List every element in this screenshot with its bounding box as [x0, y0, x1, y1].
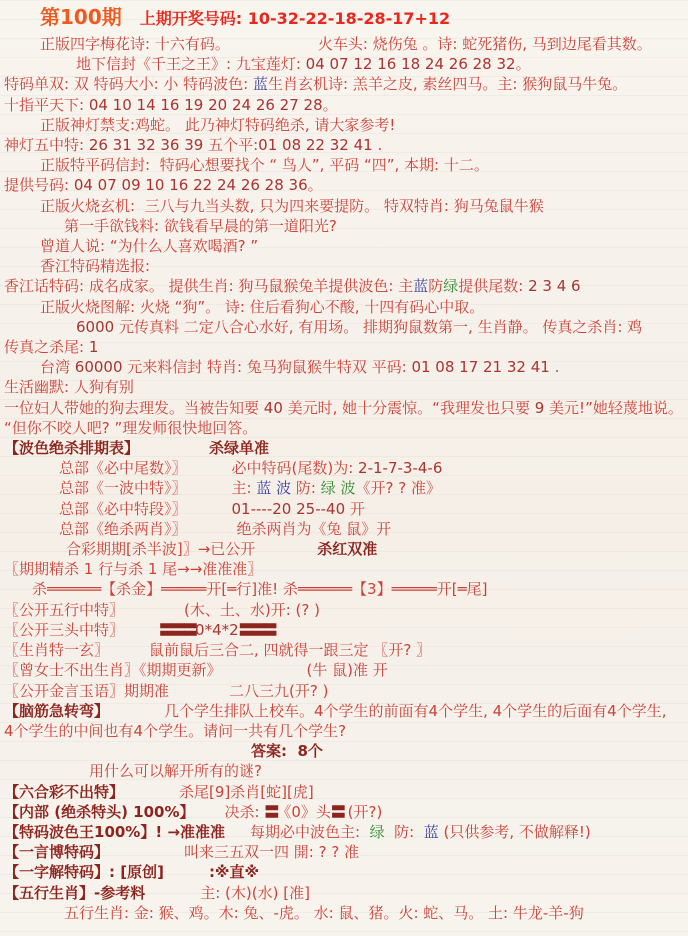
text-line-13: 香江特码精选报: — [4, 256, 684, 276]
text-segment: 总部《必中尾数》〗 — [59, 459, 187, 477]
text-line-35: 【脑筋急转弯】几个学生排队上校车。4个学生的前面有4个学生, 4个学生的后面有4… — [4, 701, 684, 721]
text-line-33: 〖曾女士不出生肖〗《期期更新》(牛 鼠)准 开 — [4, 660, 684, 680]
text-line-34: 〖公开金言玉语〗期期准二八三九(开? ) — [4, 681, 684, 701]
text-line-16: 6000 元传真料 二定八合心水好, 有用场。 排期狗鼠数第一, 生肖静。 传真… — [4, 317, 684, 337]
spacer — [109, 654, 149, 655]
text-segment: 几个学生排队上校车。4个学生的前面有4个学生, 4个学生的后面有4个学生, — [164, 702, 666, 720]
text-segment: 曾道人说: “为什么人喜欢喝酒? ” — [40, 237, 258, 255]
text-segment: 香江特码精选报: — [40, 257, 150, 275]
text-segment: 一位妇人带她的狗去理发。当被告知要 — [4, 399, 264, 417]
text-segment: (牛 鼠)准 开 — [307, 661, 388, 679]
text-segment: 。 — [323, 96, 338, 114]
text-segment: 6000 — [76, 318, 114, 336]
text-line-31: 〖公开三头中特〗〓〓〓0*4*2〓〓〓 — [4, 620, 684, 640]
text-segment: 火车头: 烧伤兔 。诗: 蛇死猪伤, 马到边尾看其数。 — [318, 35, 652, 53]
text-segment: 《开? ? 准》 — [356, 479, 441, 497]
spacer — [187, 513, 232, 514]
text-segment: 【五行生肖】-参考料 — [4, 884, 145, 902]
text-segment: 五行生肖: 金: 猴、鸡。木: 兔、-虎。 水: 鼠、猪。火: 蛇、马。 土: … — [64, 904, 584, 922]
text-line-24: 总部《一波中特》〗主: 蓝 波 防: 绿 波《开? ? 准》 — [4, 478, 684, 498]
text-segment: 生活幽默: 人狗有别 — [4, 378, 134, 396]
text-segment: 地下信封《千王之王》: 九宝莲灯: — [76, 55, 306, 73]
text-segment: 美元!”她轻蔑地说。 — [544, 399, 683, 417]
text-line-12: 曾道人说: “为什么人喜欢喝酒? ” — [4, 236, 684, 256]
text-segment: 绝杀两肖为《兔 鼠》开 — [237, 520, 392, 538]
document-body: 第100期上期开奖号码: 10-32-22-18-28-17+12正版四字梅花诗… — [4, 4, 684, 923]
text-segment: 〖生肖特一玄〗 — [4, 641, 109, 659]
text-segment: 2 3 4 6 — [528, 277, 580, 295]
text-segment: 〖公开三头中特〗 — [4, 621, 124, 639]
text-segment: 开 — [350, 500, 365, 518]
text-line-40: 【内部 (绝杀特头) 100%】决杀: 〓《0》头〓 (开?) — [4, 802, 684, 822]
text-line-1: 第100期上期开奖号码: 10-32-22-18-28-17+12 — [4, 4, 684, 32]
text-segment: 杀红双准 — [317, 540, 377, 558]
text-segment: 〓 — [331, 803, 343, 821]
spacer — [164, 876, 209, 877]
text-line-7: 神灯五中特: 26 31 32 36 39 五个平:01 08 22 32 41… — [4, 135, 684, 155]
text-segment: 绿 — [443, 277, 458, 295]
text-segment: 01----20 25--40 — [232, 500, 350, 518]
text-segment: 〓〓〓 — [239, 621, 275, 639]
text-segment: 4个学生的中间也有4个学生。请问一共有几个学生? — [4, 722, 346, 740]
text-segment: 【内部 (绝杀特头) 100%】 — [4, 803, 195, 821]
text-segment: 04 10 14 16 19 20 24 26 27 28 — [89, 96, 323, 114]
text-segment: 鼠前鼠后三合二, 四就得一跟三定 〖开? 〗 — [149, 641, 431, 659]
text-segment: 01 08 22 32 41 — [258, 136, 373, 154]
text-line-39: 【六合彩不出特】杀尾[9]杀肖[蛇][虎] — [4, 782, 684, 802]
text-segment: 神灯五中特: — [4, 136, 89, 154]
text-segment: 蓝 — [413, 277, 428, 295]
text-segment: 每期必中波色主: — [250, 823, 370, 841]
text-segment: 【一字解特码】: [原创] — [4, 863, 164, 881]
text-segment: 〖公开五行中特〗 — [4, 601, 124, 619]
text-segment: 04 07 09 10 16 22 24 26 28 36 — [74, 176, 308, 194]
text-line-38: 用什么可以解开所有的谜? — [4, 761, 684, 781]
text-segment: 9 — [535, 399, 545, 417]
spacer — [122, 23, 140, 24]
text-segment: 提供尾数: — [458, 277, 528, 295]
text-segment: :※直※ — [209, 863, 259, 881]
spacer — [222, 674, 307, 675]
spacer — [139, 452, 209, 453]
text-segment: (开?) — [343, 803, 382, 821]
spacer — [124, 634, 159, 635]
text-segment: 〓〓〓 — [159, 621, 195, 639]
text-segment: 0*4*2 — [195, 621, 239, 639]
text-line-29: 杀══════【杀金】═════开[═行]准! 杀══════【3】═════开… — [4, 579, 684, 599]
text-line-28: 〖期期精杀 1 行与杀 1 尾→→准准准〗 — [4, 559, 684, 579]
text-segment: 传真之杀尾: — [4, 338, 89, 356]
text-segment: 【六合彩不出特】 — [4, 783, 124, 801]
spacer — [225, 836, 250, 837]
text-segment: 蓝 — [424, 823, 439, 841]
text-segment: 【一言博特码】 — [4, 843, 109, 861]
text-segment: 十指平天下: — [4, 96, 89, 114]
text-line-4: 特码单双: 双 特码大小: 小 特码波色: 蓝生肖玄机诗: 羔羊之皮, 素丝四马… — [4, 74, 684, 94]
text-segment: 二八三九(开? ) — [229, 682, 328, 700]
text-segment: 【特码波色王100%】! →准准准 — [4, 823, 225, 841]
text-segment: 元来料信封 特肖: 兔马狗鼠猴牛特双 平码: — [123, 358, 412, 376]
text-segment: “但你不咬人吧? ”理发师很快地回答。 — [4, 419, 257, 437]
text-segment: (只供参考, 不做解释!) — [439, 823, 591, 841]
text-segment: 蓝 波 — [256, 479, 296, 497]
text-segment: 提供号码: — [4, 176, 74, 194]
text-line-2: 正版四字梅花诗: 十六有码。火车头: 烧伤兔 。诗: 蛇死猪伤, 马到边尾看其数… — [4, 34, 684, 54]
text-segment: 必中特码(尾数)为: — [232, 459, 359, 477]
text-segment: 决杀: — [225, 803, 265, 821]
text-segment: 正版火烧图解: 火烧 “狗”。 诗: 住后看狗心不酸, 十四有码心中取。 — [40, 298, 484, 316]
text-segment: 总部《必中特段》〗 — [59, 500, 187, 518]
text-segment: 正版特平码信封: 特码心想要找个 “ 鸟人”, 平码 “四”, 本期: 十二。 — [40, 156, 489, 174]
text-segment: (木、土、水)开: (? ) — [184, 601, 320, 619]
text-segment: 正版火烧玄机: 三八与九当头数, 只为四来要提防。 特双特肖: 狗马兔鼠牛猴 — [40, 197, 544, 215]
text-segment: 主: — [232, 479, 257, 497]
text-segment: 台湾 — [40, 358, 75, 376]
text-segment: 上期开奖号码: 10-32-22-18-28-17+12 — [140, 9, 450, 28]
spacer — [230, 48, 318, 49]
text-segment: 正版神灯禁支:鸡蛇。 此乃神灯特码绝杀, 请大家参考! — [40, 116, 395, 134]
text-line-15: 正版火烧图解: 火烧 “狗”。 诗: 住后看狗心不酸, 十四有码心中取。 — [4, 297, 684, 317]
text-segment: 【脑筋急转弯】 — [4, 702, 109, 720]
text-segment: 总部《一波中特》〗 — [59, 479, 187, 497]
text-segment: 〖期期精杀 1 行与杀 1 尾→→准准准〗 — [4, 560, 262, 578]
text-line-6: 正版神灯禁支:鸡蛇。 此乃神灯特码绝杀, 请大家参考! — [4, 115, 684, 135]
spacer — [169, 695, 229, 696]
text-line-18: 台湾 60000 元来料信封 特肖: 兔马狗鼠猴牛特双 平码: 01 08 17… — [4, 357, 684, 377]
spacer — [124, 614, 184, 615]
text-segment: 〖曾女士不出生肖〗《期期更新》 — [4, 661, 222, 679]
text-segment: 。 — [308, 176, 323, 194]
text-segment: 60000 — [75, 358, 123, 376]
spacer — [255, 553, 317, 554]
text-line-8: 正版特平码信封: 特码心想要找个 “ 鸟人”, 平码 “四”, 本期: 十二。 — [4, 155, 684, 175]
text-line-43: 【一字解特码】: [原创]:※直※ — [4, 862, 684, 882]
text-segment: 04 07 12 16 18 24 26 28 32 — [306, 55, 516, 73]
text-segment: 《0》头 — [276, 803, 331, 821]
text-segment: 【波色绝杀排期表】 — [4, 439, 139, 457]
text-segment: 01 08 17 21 32 41 — [411, 358, 549, 376]
text-line-11: 第一手欲钱料: 欲钱看早晨的第一道阳光? — [4, 216, 684, 236]
text-segment: 合彩期期[杀半波]〗→已公开 — [66, 540, 255, 558]
text-segment: 正版四字梅花诗: 十六有码。 — [40, 35, 230, 53]
text-line-20: 一位妇人带她的狗去理发。当被告知要 40 美元时, 她十分震惊。“我理发也只要 … — [4, 398, 684, 418]
text-segment: 〖公开金言玉语〗期期准 — [4, 682, 169, 700]
spacer — [187, 533, 237, 534]
text-line-21: “但你不咬人吧? ”理发师很快地回答。 — [4, 418, 684, 438]
text-segment: 2-1-7-3-4-6 — [358, 459, 442, 477]
text-segment: 第一手欲钱料: 欲钱看早晨的第一道阳光? — [64, 217, 337, 235]
text-segment: 。 — [516, 55, 531, 73]
text-line-42: 【一言博特码】叫来三五双一四 開: ? ? 准 — [4, 842, 684, 862]
text-line-37: 答案: 8个 — [4, 741, 684, 761]
text-line-32: 〖生肖特一玄〗鼠前鼠后三合二, 四就得一跟三定 〖开? 〗 — [4, 640, 684, 660]
text-line-5: 十指平天下: 04 10 14 16 19 20 24 26 27 28。 — [4, 95, 684, 115]
text-segment: 香江话特码: 成名成家。 提供生肖: 狗马鼠猴兔羊提供波色: 主 — [4, 277, 413, 295]
text-line-14: 香江话特码: 成名成家。 提供生肖: 狗马鼠猴兔羊提供波色: 主蓝防绿提供尾数:… — [4, 276, 684, 296]
text-segment: 防: — [296, 479, 321, 497]
text-segment: 1 — [89, 338, 99, 356]
text-segment: 防: — [385, 823, 424, 841]
text-segment: 总部《绝杀两肖》〗 — [59, 520, 187, 538]
text-segment: . — [550, 358, 560, 376]
text-line-26: 总部《绝杀两肖》〗绝杀两肖为《兔 鼠》开 — [4, 519, 684, 539]
text-line-44: 【五行生肖】-参考料主: (木)(水) [准] — [4, 883, 684, 903]
text-segment: 26 31 32 36 39 — [89, 136, 204, 154]
text-line-23: 总部《必中尾数》〗必中特码(尾数)为: 2-1-7-3-4-6 — [4, 458, 684, 478]
spacer — [109, 856, 184, 857]
spacer — [187, 492, 232, 493]
text-segment: 用什么可以解开所有的谜? — [89, 762, 262, 780]
lottery-tip-sheet: 第100期上期开奖号码: 10-32-22-18-28-17+12正版四字梅花诗… — [0, 0, 688, 936]
text-segment: 绿 波 — [321, 479, 356, 497]
text-segment: . — [373, 136, 383, 154]
text-segment: 五个平: — [203, 136, 258, 154]
spacer — [145, 897, 200, 898]
text-segment: 第100期 — [40, 5, 122, 29]
text-line-17: 传真之杀尾: 1 — [4, 337, 684, 357]
spacer — [124, 796, 179, 797]
text-line-25: 总部《必中特段》〗01----20 25--40 开 — [4, 499, 684, 519]
text-segment: 元传真料 二定八合心水好, 有用场。 排期狗鼠数第一, 生肖静。 传真之杀肖: … — [114, 318, 642, 336]
text-line-10: 正版火烧玄机: 三八与九当头数, 只为四来要提防。 特双特肖: 狗马兔鼠牛猴 — [4, 196, 684, 216]
text-line-3: 地下信封《千王之王》: 九宝莲灯: 04 07 12 16 18 24 26 2… — [4, 54, 684, 74]
spacer — [195, 816, 225, 817]
text-line-22: 【波色绝杀排期表】杀绿单准 — [4, 438, 684, 458]
text-segment: 绿 — [370, 823, 385, 841]
spacer — [109, 715, 164, 716]
text-segment: 生肖玄机诗: 羔羊之皮, 素丝四马。主: 猴狗鼠马牛兔。 — [268, 75, 627, 93]
text-segment: 防 — [428, 277, 443, 295]
spacer — [187, 472, 232, 473]
text-segment: 答案: 8个 — [251, 742, 323, 760]
text-segment: 叫来三五双一四 開: ? ? 准 — [184, 843, 359, 861]
text-segment: 蓝 — [253, 75, 268, 93]
text-segment: 40 — [264, 399, 283, 417]
text-segment: 特码单双: 双 特码大小: 小 特码波色: — [4, 75, 253, 93]
text-segment: 杀══════【杀金】═════开[═行]准! 杀══════【3】═════开… — [32, 580, 487, 598]
text-line-27: 合彩期期[杀半波]〗→已公开杀红双准 — [4, 539, 684, 559]
text-line-9: 提供号码: 04 07 09 10 16 22 24 26 28 36。 — [4, 175, 684, 195]
text-segment: 美元时, 她十分震惊。“我理发也只要 — [283, 399, 535, 417]
text-line-19: 生活幽默: 人狗有别 — [4, 377, 684, 397]
text-line-30: 〖公开五行中特〗(木、土、水)开: (? ) — [4, 600, 684, 620]
text-segment: 〓 — [264, 803, 276, 821]
text-segment: 主: (木)(水) [准] — [200, 884, 310, 902]
text-line-36: 4个学生的中间也有4个学生。请问一共有几个学生? — [4, 721, 684, 741]
text-line-41: 【特码波色王100%】! →准准准每期必中波色主: 绿 防: 蓝 (只供参考, … — [4, 822, 684, 842]
text-line-45: 五行生肖: 金: 猴、鸡。木: 兔、-虎。 水: 鼠、猪。火: 蛇、马。 土: … — [4, 903, 684, 923]
text-segment: 杀尾[9]杀肖[蛇][虎] — [179, 783, 314, 801]
text-segment: 杀绿单准 — [209, 439, 269, 457]
